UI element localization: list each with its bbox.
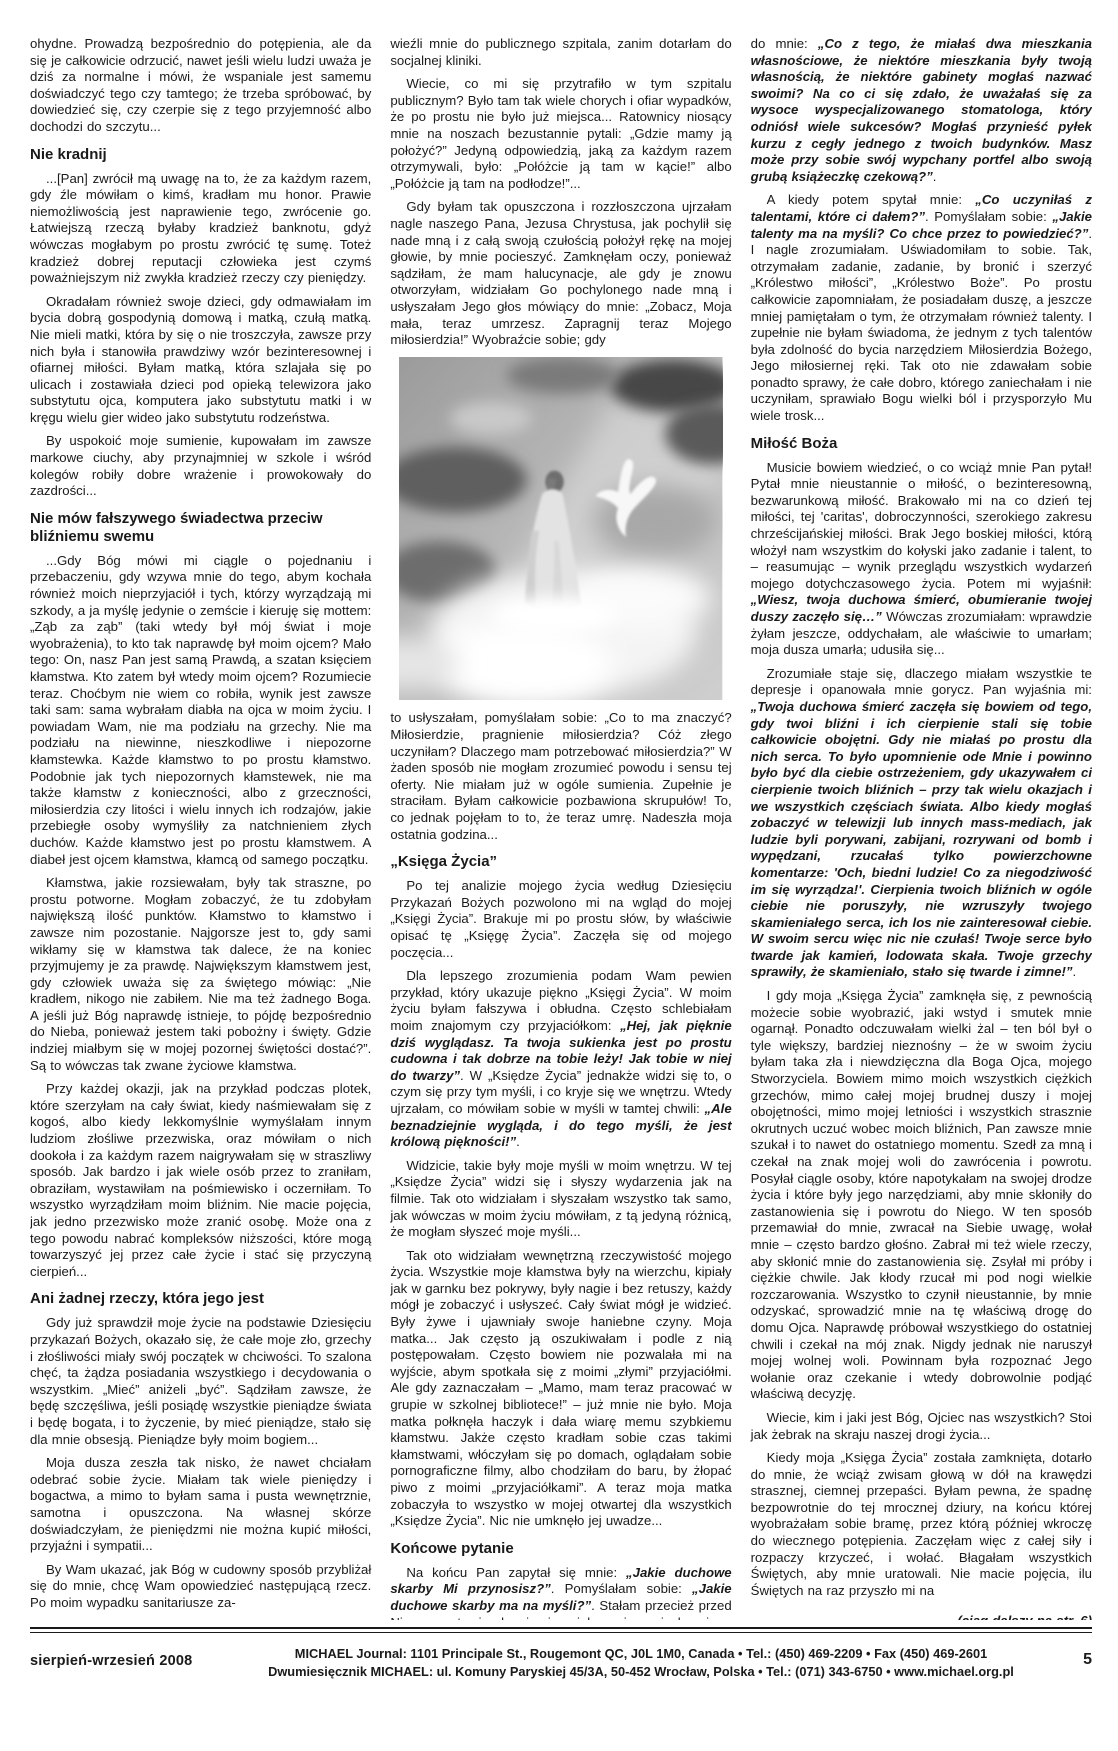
publisher-line-2: Dwumiesięcznik MICHAEL: ul. Komuny Parys…	[250, 1663, 1032, 1681]
paragraph: By uspokoić moje sumienie, kupowałam im …	[30, 433, 371, 499]
paragraph: Kłamstwa, jakie rozsiewałam, były tak st…	[30, 875, 371, 1074]
continuation-note: (ciąg dalszy na str. 6)	[751, 1613, 1092, 1620]
paragraph: Gdy byłam tak opuszczona i rozzłoszczona…	[390, 199, 731, 348]
column-right: do mnie: „Co z tego, że miałaś dwa miesz…	[751, 36, 1092, 1620]
text-run: By uspokoić moje sumienie, kupowałam im …	[30, 433, 371, 498]
quote-emphasis: „Co z tego, że miałaś dwa mieszkania wła…	[751, 36, 1092, 184]
section-heading: Końcowe pytanie	[390, 1540, 731, 1558]
paragraph: Tak oto widziałam wewnętrzną rzeczywisto…	[390, 1248, 731, 1530]
paragraph: Widzicie, takie były moje myśli w moim w…	[390, 1158, 731, 1241]
text-run: to usłyszałam, pomyślałam sobie: „Co to …	[390, 710, 731, 841]
jesus-in-clouds-with-dove-photo	[399, 357, 722, 701]
quote-emphasis: „Twoja duchowa śmierć zaczęła się bowiem…	[751, 699, 1092, 980]
page-footer: sierpień-wrzesień 2008 MICHAEL Journal: …	[30, 1627, 1092, 1681]
paragraph: Zrozumiałe staje się, dlaczego miałam ws…	[751, 666, 1092, 981]
section-heading: „Księga Życia”	[390, 853, 731, 871]
text-run: .	[516, 1134, 520, 1149]
text-run: Gdy byłam tak opuszczona i rozzłoszczona…	[390, 199, 731, 347]
text-run: Kłamstwa, jakie rozsiewałam, były tak st…	[30, 875, 371, 1073]
paragraph: Kiedy moja „Księga Życia” została zamkni…	[751, 1450, 1092, 1599]
issue-date: sierpień-wrzesień 2008	[30, 1645, 250, 1669]
text-run: Kiedy moja „Księga Życia” została zamkni…	[751, 1450, 1092, 1598]
paragraph: Moja dusza zeszła tak nisko, że nawet ch…	[30, 1455, 371, 1555]
text-run: Moja dusza zeszła tak nisko, że nawet ch…	[30, 1455, 371, 1553]
section-heading: Nie mów fałszywego świadectwa przeciw bl…	[30, 510, 371, 546]
publisher-line-1: MICHAEL Journal: 1101 Principale St., Ro…	[250, 1645, 1032, 1663]
text-run: Wiecie, co mi się przytrafiło w tym szpi…	[390, 76, 731, 191]
jesus-clouds-illustration	[399, 357, 722, 701]
text-run: Przy każdej okazji, jak na przykład podc…	[30, 1081, 371, 1279]
paragraph: ohydne. Prowadzą bezpośrednio do potępie…	[30, 36, 371, 136]
paragraph: Okradałam również swoje dzieci, gdy odma…	[30, 294, 371, 427]
column-middle: wieźli mnie do publicznego szpitala, zan…	[390, 36, 731, 1620]
page-number: 5	[1032, 1645, 1092, 1669]
publisher-info: MICHAEL Journal: 1101 Principale St., Ro…	[250, 1645, 1032, 1681]
section-heading: Miłość Boża	[751, 435, 1092, 453]
text-run: . I nagle zrozumiałam. Uświadomiłam to s…	[751, 226, 1092, 424]
paragraph: do mnie: „Co z tego, że miałaś dwa miesz…	[751, 36, 1092, 185]
paragraph: Musicie bowiem wiedzieć, o co wciąż mnie…	[751, 460, 1092, 659]
paragraph: Wiecie, kim i jaki jest Bóg, Ojciec nas …	[751, 1410, 1092, 1443]
text-run: . Pomyślałam sobie:	[551, 1581, 692, 1596]
paragraph: Gdy już sprawdził moje życie na podstawi…	[30, 1315, 371, 1448]
paragraph: A kiedy potem spytał mnie: „Co uczyniłaś…	[751, 192, 1092, 424]
article-body: ohydne. Prowadzą bezpośrednio do potępie…	[30, 36, 1092, 1620]
text-run: Zrozumiałe staje się, dlaczego miałam ws…	[751, 666, 1092, 698]
text-run: (ciąg dalszy na str. 6)	[957, 1613, 1092, 1620]
text-run: do mnie:	[751, 36, 818, 51]
text-run: Wiecie, kim i jaki jest Bóg, Ojciec nas …	[751, 1410, 1092, 1442]
text-run: ...Gdy Bóg mówi mi ciągle o pojednaniu i…	[30, 553, 371, 867]
text-run: Na końcu Pan zapytał się mnie:	[406, 1565, 626, 1580]
footer-divider	[30, 1627, 1092, 1633]
paragraph: I gdy moja „Księga Życia” zamknęła się, …	[751, 988, 1092, 1403]
paragraph: Na końcu Pan zapytał się mnie: „Jakie du…	[390, 1565, 731, 1620]
text-run: . Pomyślałam sobie:	[925, 209, 1052, 224]
text-run: Okradałam również swoje dzieci, gdy odma…	[30, 294, 371, 425]
text-run: .	[933, 169, 937, 184]
paragraph: wieźli mnie do publicznego szpitala, zan…	[390, 36, 731, 69]
section-heading: Nie kradnij	[30, 146, 371, 164]
text-run: wieźli mnie do publicznego szpitala, zan…	[390, 36, 731, 68]
text-run: Tak oto widziałam wewnętrzną rzeczywisto…	[390, 1248, 731, 1529]
paragraph: Dla lepszego zrozumienia podam Wam pewie…	[390, 968, 731, 1151]
text-run: Gdy już sprawdził moje życie na podstawi…	[30, 1315, 371, 1446]
paragraph: By Wam ukazać, jak Bóg w cudowny sposób …	[30, 1562, 371, 1612]
text-run: ohydne. Prowadzą bezpośrednio do potępie…	[30, 36, 371, 134]
text-run: ...[Pan] zwrócił mą uwagę na to, że za k…	[30, 171, 371, 286]
paragraph: to usłyszałam, pomyślałam sobie: „Co to …	[390, 710, 731, 843]
text-run: Po tej analizie mojego życia według Dzie…	[390, 878, 731, 959]
section-heading: Ani żadnej rzeczy, która jego jest	[30, 1290, 371, 1308]
text-run: Widzicie, takie były moje myśli w moim w…	[390, 1158, 731, 1239]
text-run: I gdy moja „Księga Życia” zamknęła się, …	[751, 988, 1092, 1401]
paragraph: Po tej analizie mojego życia według Dzie…	[390, 878, 731, 961]
text-run: By Wam ukazać, jak Bóg w cudowny sposób …	[30, 1562, 371, 1610]
magazine-page: ohydne. Prowadzą bezpośrednio do potępie…	[0, 0, 1118, 1751]
paragraph: Wiecie, co mi się przytrafiło w tym szpi…	[390, 76, 731, 192]
paragraph: ...[Pan] zwrócił mą uwagę na to, że za k…	[30, 171, 371, 287]
text-run: A kiedy potem spytał mnie:	[767, 192, 976, 207]
text-run: .	[1073, 964, 1077, 979]
column-left: ohydne. Prowadzą bezpośrednio do potępie…	[30, 36, 371, 1620]
paragraph: ...Gdy Bóg mówi mi ciągle o pojednaniu i…	[30, 553, 371, 868]
text-run: Musicie bowiem wiedzieć, o co wciąż mnie…	[751, 460, 1092, 591]
paragraph: Przy każdej okazji, jak na przykład podc…	[30, 1081, 371, 1280]
